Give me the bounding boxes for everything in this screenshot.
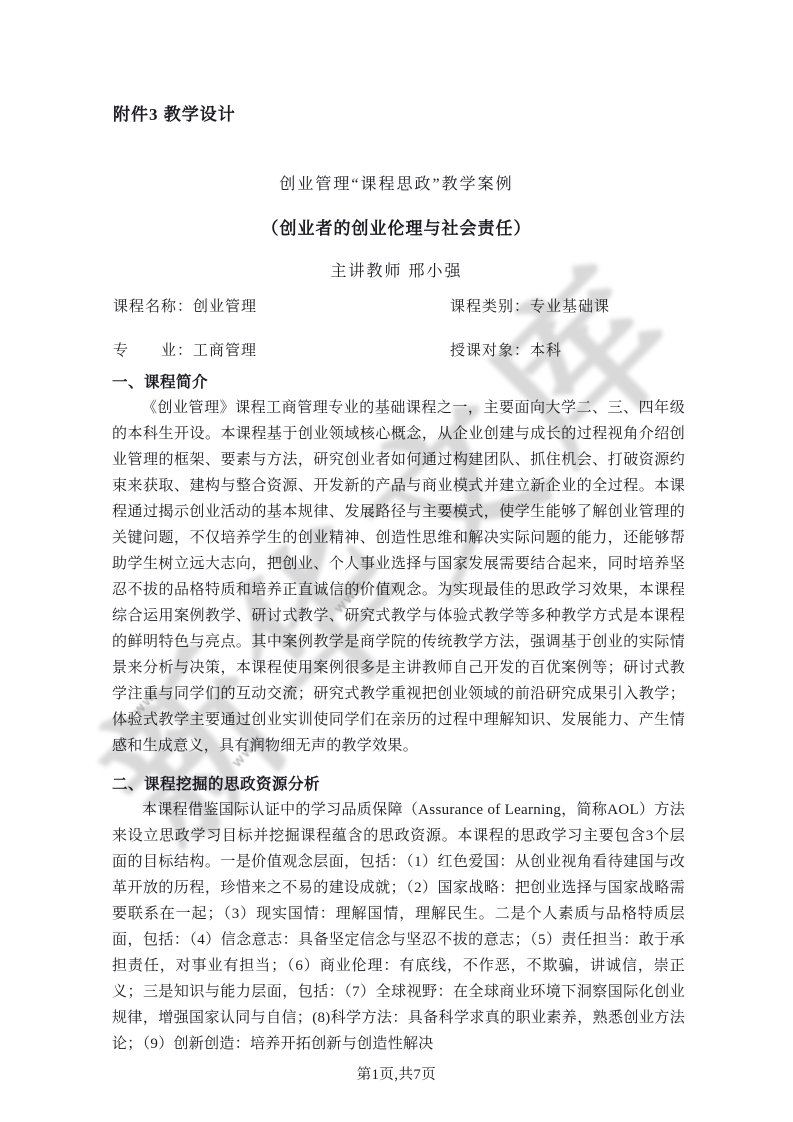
major-value: 工商管理 [193,343,257,359]
section-intro-heading: 一、课程简介 [112,370,685,395]
audience-value: 本科 [530,343,562,359]
section-intro-paragraph: 《创业管理》课程工商管理专业的基础课程之一，主要面向大学二、三、四年级的本科生开… [112,395,685,759]
document-body: 一、课程简介 《创业管理》课程工商管理专业的基础课程之一，主要面向大学二、三、四… [112,370,685,1057]
course-category-value: 专业基础课 [530,299,610,315]
course-category-label: 课程类别： [450,299,530,315]
audience-label: 授课对象： [450,343,530,359]
document-page: 新华文库 www www www 附件3 教学设计 创业管理“课程思政”教学案例… [0,0,793,1122]
major-label: 专 业： [113,343,193,359]
course-name-value: 创业管理 [193,299,257,315]
document-subtitle: （创业者的创业伦理与社会责任） [0,214,793,239]
course-info-row-1: 课程名称：创业管理 课程类别：专业基础课 [113,296,685,318]
course-name-cell: 课程名称：创业管理 [113,296,450,318]
major-cell: 专 业：工商管理 [113,340,450,362]
document-title: 创业管理“课程思政”教学案例 [0,171,793,194]
section-resources-heading: 二、课程挖掘的思政资源分析 [112,772,685,797]
section-resources-paragraph: 本课程借鉴国际认证中的学习品质保障（Assurance of Learning，… [112,797,685,1057]
attachment-label: 附件3 教学设计 [113,100,236,125]
course-name-label: 课程名称： [113,299,193,315]
page-footer: 第1页,共7页 [0,1063,793,1084]
course-info-row-2: 专 业：工商管理 授课对象：本科 [113,340,685,362]
lecturer-line: 主讲教师 邢小强 [0,258,793,281]
audience-cell: 授课对象：本科 [450,340,685,362]
course-category-cell: 课程类别：专业基础课 [450,296,685,318]
